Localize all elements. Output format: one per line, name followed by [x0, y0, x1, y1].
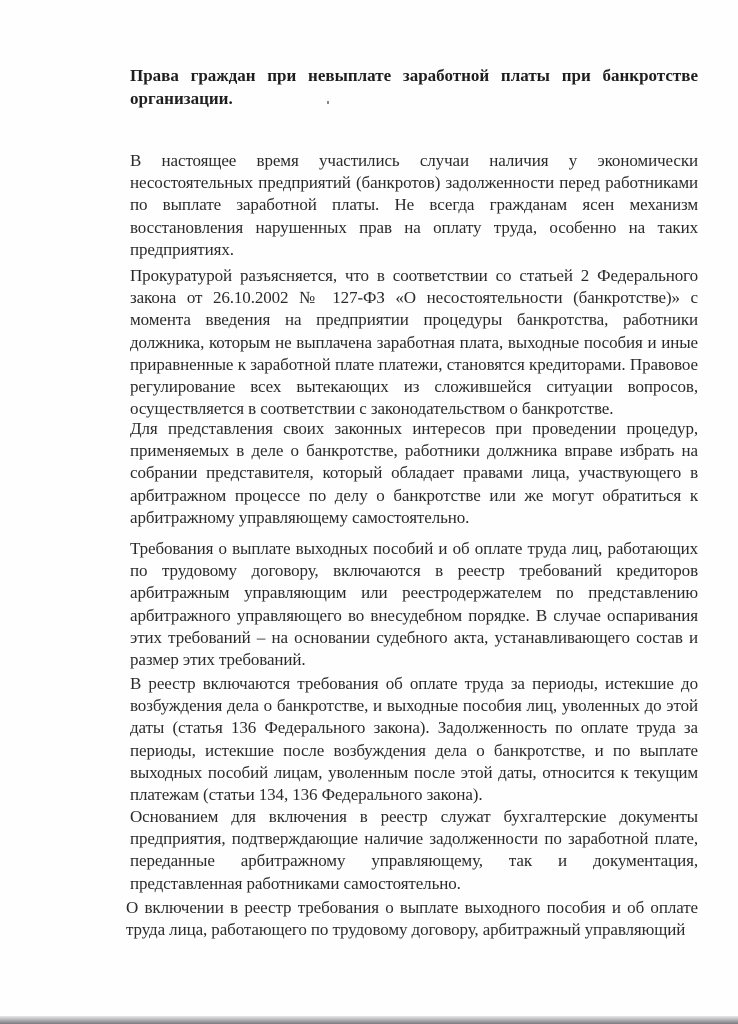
paragraph-5: В реестр включаются требования об оплате…: [130, 673, 698, 806]
scanned-page: Права граждан при невыплате заработной п…: [0, 0, 738, 1016]
paragraph-6: Основанием для включения в реестр служат…: [130, 806, 698, 895]
paragraph-7: О включении в реестр требования о выплат…: [126, 897, 698, 941]
paragraph-1: В настоящее время участились случаи нали…: [130, 150, 698, 261]
scanner-bottom-edge: [0, 1016, 738, 1024]
paragraph-4: Требования о выплате выходных пособий и …: [130, 538, 698, 671]
document-title: Права граждан при невыплате заработной п…: [130, 64, 698, 110]
paragraph-3: Для представления своих законных интерес…: [130, 418, 698, 529]
paragraph-2: Прокуратурой разъясняется, что в соответ…: [130, 265, 698, 420]
